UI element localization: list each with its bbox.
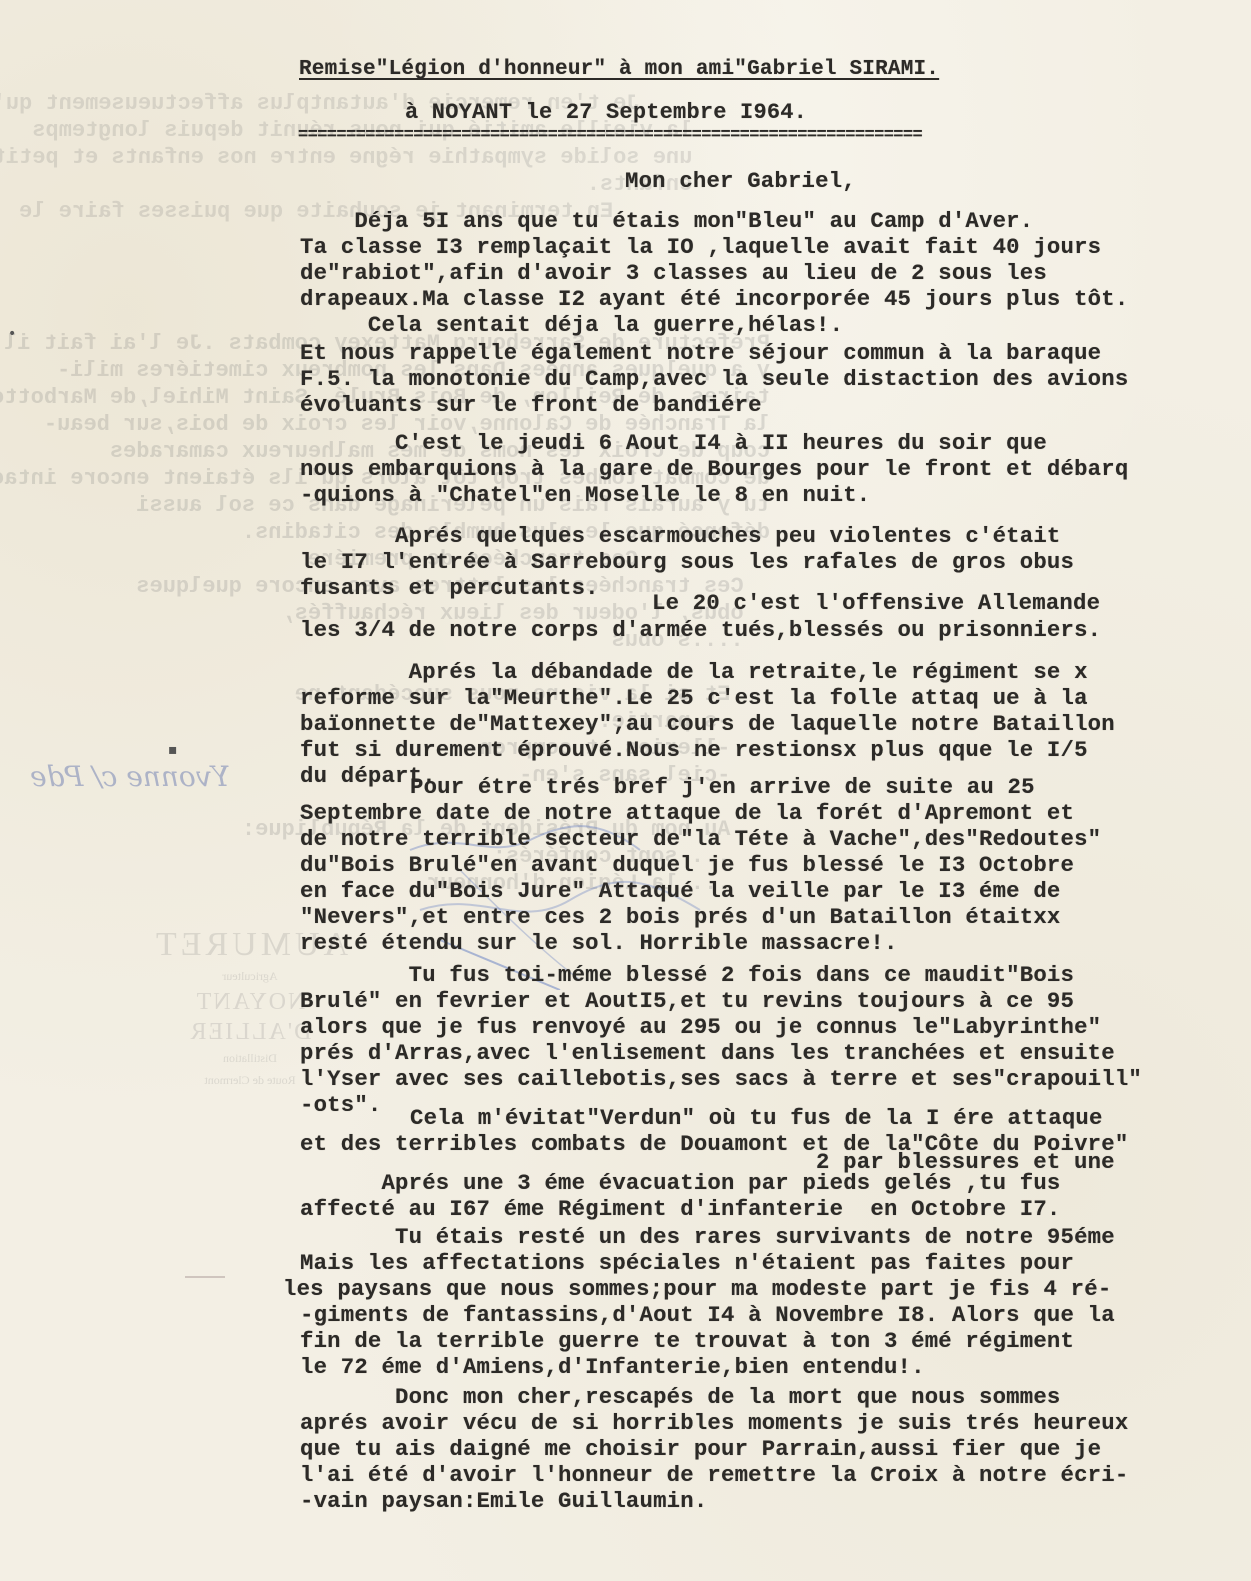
letter-line: reforme sur la"Meurthe".Le 25 c'est la f… [300,685,1088,711]
letter-line: fusants et percutants. [300,575,599,601]
letter-line: drapeaux.Ma classe I2 ayant été incorpor… [300,286,1128,312]
letter-line: -vain paysan:Emile Guillaumin. [300,1488,707,1514]
letter-line: -giments de fantassins,d'Aout I4 à Novem… [300,1302,1115,1328]
separator-rule: ========================================… [298,126,922,145]
letter-line: que tu ais daigné me choisir pour Parrai… [300,1436,1101,1462]
letter-line: Ta classe I3 remplaçait la IO ,laquelle … [300,234,1101,260]
letter-line: Brulé" en fevrier et AoutI5,et tu revins… [300,988,1074,1014]
letter-line: resté étendu sur le sol. Horrible massac… [300,930,898,956]
letter-line: de notre terrible secteur de"la Téte à V… [300,826,1101,852]
margin-mark [185,1276,225,1278]
handwritten-note: Yvonne c/ Pde [30,760,230,793]
letter-line: prés d'Arras,avec l'enlisement dans les … [300,1040,1115,1066]
letter-line: Et nous rappelle également notre séjour … [300,340,1101,366]
letter-line: baïonnette de"Mattexey";au cours de laqu… [300,711,1115,737]
letter-line: "Nevers",et entre ces 2 bois prés d'un B… [300,904,1061,930]
letter-line: nous embarquions à la gare de Bourges po… [300,456,1128,482]
letter-line: F.5. la monotonie du Camp,avec la seule … [300,366,1128,392]
letter-line: Aprés quelques escarmouches peu violente… [300,523,1061,549]
margin-dot: ▪ [168,742,178,758]
letter-line: C'est le jeudi 6 Aout I4 à II heures du … [300,430,1047,456]
letter-line: Aprés une 3 éme évacuation par pieds gel… [300,1170,1061,1196]
letter-line: l'Yser avec ses caillebotis,ses sacs à t… [300,1066,1142,1092]
letter-line: affecté au I67 éme Régiment d'infanterie… [300,1196,1061,1222]
document-title: Remise"Légion d'honneur" à mon ami"Gabri… [299,58,939,81]
letter-line: Le 20 c'est l'offensive Allemande [652,590,1100,616]
letter-line: fut si durement éprouvé.Nous ne restions… [300,737,1088,763]
letter-line: Tu fus toi-méme blessé 2 fois dans ce ma… [300,962,1074,988]
letter-line: Déja 5I ans que tu étais mon"Bleu" au Ca… [300,208,1033,234]
margin-dot: • [8,326,16,342]
letter-line: de"rabiot",afin d'avoir 3 classes au lie… [300,260,1047,286]
letter-line: Tu étais resté un des rares survivants d… [300,1224,1115,1250]
letter-line: -ots". [300,1092,381,1118]
letter-line: les paysans que nous sommes;pour ma mode… [283,1276,1111,1302]
letter-line: alors que je fus renvoyé au 295 ou je co… [300,1014,1101,1040]
letter-line: fin de la terrible guerre te trouvat à t… [300,1328,1074,1354]
letter-line: le 72 éme d'Amiens,d'Infanterie,bien ent… [300,1354,925,1380]
place-date: à NOYANT le 27 Septembre I964. [405,100,807,125]
salutation: Mon cher Gabriel, [625,168,856,194]
letter-line: l'ai été d'avoir l'honneur de remettre l… [300,1462,1128,1488]
letter-line: Aprés la débandade de la retraite,le rég… [300,659,1088,685]
letter-line: Cela sentait déja la guerre,hélas!. [300,312,843,338]
letter-line: Donc mon cher,rescapés de la mort que no… [300,1384,1061,1410]
letter-line: du"Bois Brulé"en avant duquel je fus ble… [300,852,1074,878]
letter-page: Je t'en remercie d'autantplus affectueus… [0,0,1251,1581]
letter-line: Cela m'évitat"Verdun" où tu fus de la I … [410,1105,1103,1131]
letter-line: les 3/4 de notre corps d'armée tués,bles… [300,617,1101,643]
letter-line: le I7 l'entrée à Sarrebourg sous les raf… [300,549,1074,575]
letter-line: aprés avoir vécu de si horribles moments… [300,1410,1128,1436]
letter-line: Mais les affectations spéciales n'étaien… [300,1250,1074,1276]
letter-line: évoluants sur le front de bandiére [300,392,762,418]
letter-line: Pour étre trés bref j'en arrive de suite… [410,774,1035,800]
letter-line: Septembre date de notre attaque de la fo… [300,800,1074,826]
letter-line: -quions à "Chatel"en Moselle le 8 en nui… [300,482,870,508]
letter-line: en face du"Bois Jure" Attaqué la veille … [300,878,1061,904]
